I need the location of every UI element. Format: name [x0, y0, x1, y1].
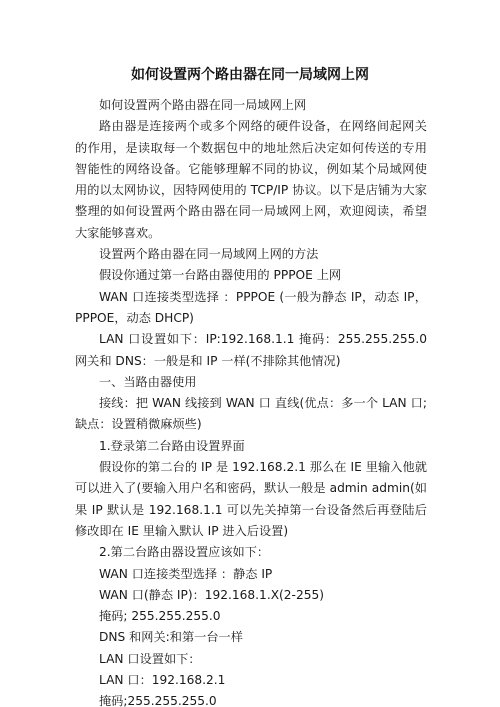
document-page: 如何设置两个路由器在同一局域网上网 如何设置两个路由器在同一局域网上网 路由器是…	[0, 0, 500, 707]
paragraph-wan-ip: WAN 口(静态 IP)：192.168.1.X(2-255)	[75, 585, 427, 606]
paragraph-dns-gateway: DNS 和网关:和第一台一样	[75, 627, 427, 648]
paragraph-wan-static: WAN 口连接类型选择 ：静态 IP	[75, 564, 427, 585]
paragraph-wiring: 接线：把 WAN 线接到 WAN 口 直线(优点：多一个 LAN 口;缺点：设置…	[75, 393, 427, 436]
paragraph-intro: 路由器是连接两个或多个网络的硬件设备，在网络间起网关的作用，是读取每一个数据包中…	[75, 116, 427, 244]
document-body: 如何设置两个路由器在同一局域网上网 路由器是连接两个或多个网络的硬件设备，在网络…	[75, 95, 427, 707]
paragraph-step-1: 1.登录第二台路由设置界面	[75, 436, 427, 457]
paragraph-lan-heading: LAN 口设置如下：	[75, 649, 427, 670]
paragraph-lan-settings: LAN 口设置如下：IP:192.168.1.1 掩码：255.255.255.…	[75, 329, 427, 372]
paragraph-login-info: 假设你的第二台的 IP 是 192.168.2.1 那么在 IE 里输入他就可以…	[75, 457, 427, 542]
paragraph-mask-1: 掩码; 255.255.255.0	[75, 606, 427, 627]
paragraph-heading: 如何设置两个路由器在同一局域网上网	[75, 95, 427, 116]
paragraph-lan-ip: LAN 口：192.168.2.1	[75, 670, 427, 691]
paragraph-section-one: 一、当路由器使用	[75, 372, 427, 393]
paragraph-mask-2: 掩码;255.255.255.0	[75, 691, 427, 707]
paragraph-method-heading: 设置两个路由器在同一局域网上网的方法	[75, 244, 427, 265]
paragraph-pppoe-assumption: 假设你通过第一台路由器使用的 PPPOE 上网	[75, 265, 427, 286]
document-title: 如何设置两个路由器在同一局域网上网	[0, 64, 500, 84]
paragraph-wan-type: WAN 口连接类型选择 ：PPPOE (一般为静态 IP，动态 IP，PPPOE…	[75, 287, 427, 330]
paragraph-step-2: 2.第二台路由器设置应该如下：	[75, 542, 427, 563]
